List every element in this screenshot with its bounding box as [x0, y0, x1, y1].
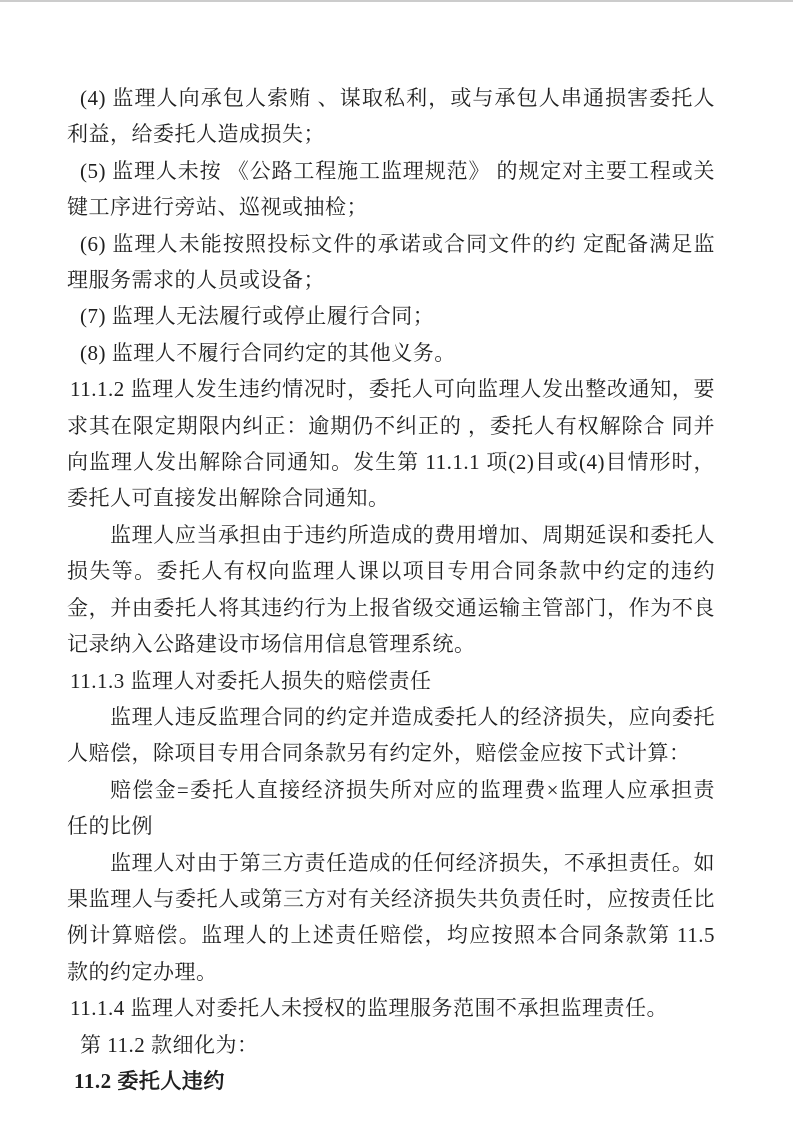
breach-liability-paragraph: 监理人应当承担由于违约所造成的费用增加、周期延误和委托人损失等。委托人有权向监理…: [67, 517, 715, 663]
compensation-formula: 赔偿金=委托人直接经济损失所对应的监理费×监理人应承担责任的比例: [67, 772, 715, 845]
clause-item-4: (4) 监理人向承包人索贿 、谋取私利，或与承包人串通损害委托人 利益，给委托人…: [67, 80, 715, 153]
clause-11-1-4: 11.1.4 监理人对委托人未授权的监理服务范围不承担监理责任。: [67, 990, 715, 1026]
clause-item-5: (5) 监理人未按 《公路工程施工监理规范》 的规定对主要工程或关键工序进行旁站…: [67, 153, 715, 226]
contract-document-page: (4) 监理人向承包人索贿 、谋取私利，或与承包人串通损害委托人 利益，给委托人…: [0, 0, 793, 1122]
clause-item-7: (7) 监理人无法履行或停止履行合同；: [67, 298, 715, 334]
clause-11-1-2: 11.1.2 监理人发生违约情况时，委托人可向监理人发出整改通知，要求其在限定期…: [67, 371, 715, 517]
refinement-note: 第 11.2 款细化为：: [67, 1027, 715, 1063]
clause-item-8: (8) 监理人不履行合同约定的其他义务。: [67, 335, 715, 371]
clause-11-1-3: 11.1.3 监理人对委托人损失的赔偿责任: [67, 663, 715, 699]
contract-text-body: (4) 监理人向承包人索贿 、谋取私利，或与承包人串通损害委托人 利益，给委托人…: [67, 80, 715, 1099]
compensation-paragraph: 监理人违反监理合同的约定并造成委托人的经济损失，应向委托人赔偿，除项目专用合同条…: [67, 699, 715, 772]
section-heading-11-2: 11.2 委托人违约: [67, 1063, 715, 1099]
clause-item-6: (6) 监理人未能按照投标文件的承诺或合同文件的约 定配备满足监理服务需求的人员…: [67, 226, 715, 299]
third-party-paragraph: 监理人对由于第三方责任造成的任何经济损失，不承担责任。如果监理人与委托人或第三方…: [67, 845, 715, 991]
